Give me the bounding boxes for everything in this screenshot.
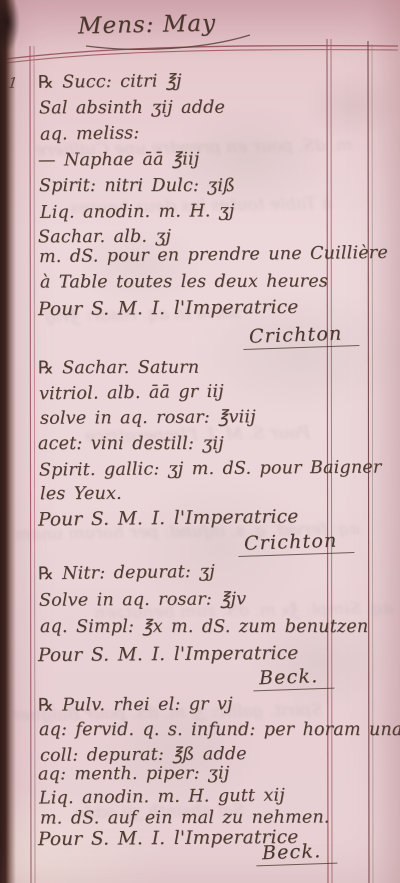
manuscript-line: à Table toutes les deux heures — [40, 271, 328, 292]
manuscript-line: Solve in aq. rosar: ℥jv — [39, 589, 246, 610]
manuscript-line: — Naphae āā ℥iij — [38, 149, 200, 170]
manuscript-line: aq: menth. piper: ʒij — [38, 763, 230, 784]
manuscript-line: aq. Simpl: ℥x m. dS. zum benutzen — [40, 617, 368, 637]
manuscript-line: ℞ Pulv. rhei el: gr vj — [38, 694, 233, 715]
physician-signature: Crichton — [243, 322, 359, 350]
manuscript-line: aq. meliss: — [40, 123, 140, 144]
manuscript-line: Spirit. gallic: ʒj m. dS. pour Baigner — [39, 458, 382, 481]
manuscript-line: Pour S. M. I. l'Imperatrice — [38, 643, 299, 666]
physician-signature: Crichton — [238, 529, 354, 557]
manuscript-line: ℞ Nitr: depurat: ʒj — [38, 562, 215, 584]
manuscript-line: ℞ Succ: citri ℥j — [38, 71, 182, 93]
manuscript-line: solve in aq. rosar: ℥viij — [40, 407, 256, 429]
manuscript-line: Sachar. alb. ʒj — [38, 227, 171, 248]
manuscript-line: m. dS. auf ein mal zu nehmen. — [40, 807, 330, 828]
manuscript-line: aq: fervid. q. s. infund: per horam unam — [39, 720, 400, 740]
manuscript-line: m. dS. pour en prendre une Cuillière — [39, 243, 388, 267]
book-gutter-shadow — [0, 0, 16, 883]
manuscript-line: ℞ Sachar. Saturn — [38, 358, 199, 379]
physician-signature: Beck. — [253, 665, 335, 692]
manuscript-line: Pour S. M. I. l'Imperatrice — [38, 506, 299, 530]
manuscript-line: Sal absinth ʒij adde — [39, 98, 225, 119]
gutter-corner-shadow — [0, 0, 20, 52]
page-title: Mens: May — [78, 11, 217, 40]
manuscript-line: vitriol. alb. āā gr iij — [39, 382, 224, 405]
manuscript-line: Liq. anodin. m. H. ʒj — [40, 201, 235, 223]
entry-number: 1 — [7, 74, 18, 93]
manuscript-line: Liq. anodin. m. H. gutt xij — [39, 785, 285, 808]
manuscript-line: acet: vini destill: ʒij — [38, 434, 224, 454]
manuscript-page: Mens: May 1 m. dS. pour en prendre une C… — [0, 0, 400, 883]
physician-signature: Beck. — [256, 840, 338, 867]
manuscript-line: les Yeux. — [40, 484, 122, 504]
manuscript-line: Spirit: nitri Dulc: ʒiß — [39, 176, 235, 196]
manuscript-line: Pour S. M. I. l'Imperatrice — [38, 297, 299, 320]
